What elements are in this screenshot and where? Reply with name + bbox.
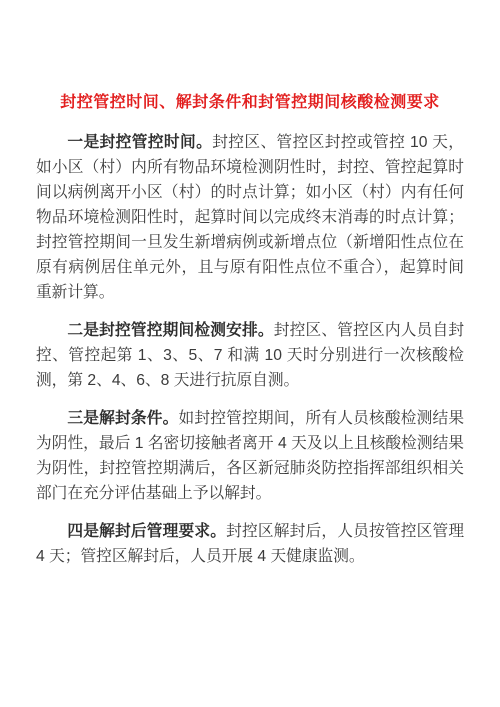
- document-content: 一是封控管控时间。封控区、管控区封控或管控 10 天，如小区（村）内所有物品环境…: [36, 130, 464, 569]
- paragraph: 三是解封条件。如封控管控期间，所有人员核酸检测结果为阴性，最后 1 名密切接触者…: [36, 406, 464, 506]
- paragraph: 二是封控管控期间检测安排。封控区、管控区内人员自封控、管控起第 1、3、5、7 …: [36, 318, 464, 393]
- document-title: 封控管控时间、解封条件和封管控期间核酸检测要求: [36, 93, 464, 113]
- paragraph: 一是封控管控时间。封控区、管控区封控或管控 10 天，如小区（村）内所有物品环境…: [36, 130, 464, 305]
- paragraph-text: 封控区、管控区封控或管控 10 天，如小区（村）内所有物品环境检测阴性时，封控、…: [36, 134, 464, 301]
- document-page: 封控管控时间、解封条件和封管控期间核酸检测要求 一是封控管控时间。封控区、管控区…: [0, 0, 500, 707]
- paragraph-lead: 四是解封后管理要求。: [67, 523, 226, 540]
- paragraph-lead: 一是封控管控时间。: [67, 134, 212, 151]
- paragraph: 四是解封后管理要求。封控区解封后，人员按管控区管理 4 天；管控区解封后，人员开…: [36, 519, 464, 569]
- paragraph-lead: 二是封控管控期间检测安排。: [67, 322, 273, 339]
- paragraph-lead: 三是解封条件。: [67, 410, 178, 427]
